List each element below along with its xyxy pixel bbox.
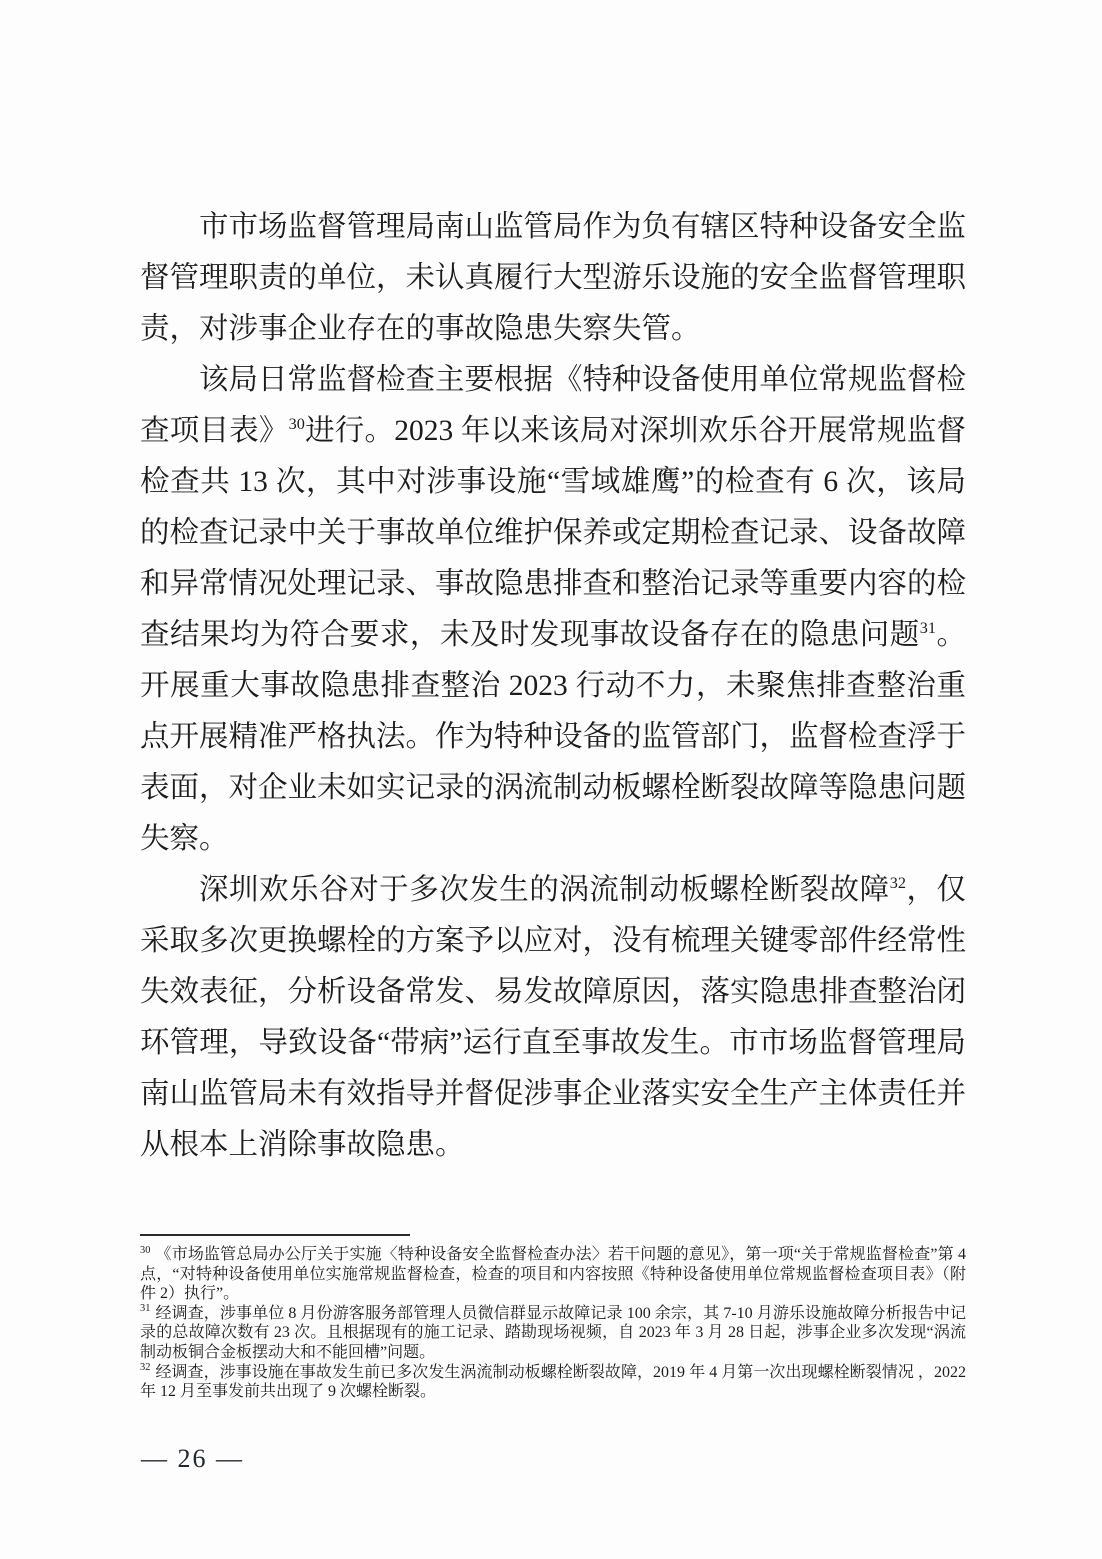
page-number: — 26 — [141, 1444, 244, 1474]
paragraph-text: 。开展重大事故隐患排查整治 2023 行动不力，未聚焦排查整治重点开展精准严格执… [140, 619, 966, 855]
footnote-32-marker: 32 [140, 1362, 150, 1373]
paragraph-bolt-failure: 深圳欢乐谷对于多次发生的涡流制动板螺栓断裂故障32，仅采取多次更换螺栓的方案予以… [140, 865, 966, 1171]
paragraph-text: ，仅采取多次更换螺栓的方案予以应对，没有梳理关键零部件经常性失效表征，分析设备常… [140, 874, 966, 1161]
footnote-ref-32: 32 [890, 874, 906, 892]
footnote-31-marker: 31 [140, 1303, 150, 1314]
footnotes-section: 30《市场监管总局办公厅关于实施〈特种设备安全监督检查办法〉若干问题的意见》，第… [140, 1234, 966, 1402]
document-body: 市市场监督管理局南山监管局作为负有辖区特种设备安全监督管理职责的单位，未认真履行… [140, 202, 966, 1171]
paragraph-text: 深圳欢乐谷对于多次发生的涡流制动板螺栓断裂故障 [199, 874, 890, 906]
footnote-30: 30《市场监管总局办公厅关于实施〈特种设备安全监督检查办法〉若干问题的意见》，第… [140, 1245, 966, 1304]
footnote-30-text: 《市场监管总局办公厅关于实施〈特种设备安全监督检查办法〉若干问题的意见》，第一项… [140, 1246, 966, 1302]
paragraph-text: 市市场监督管理局南山监管局作为负有辖区特种设备安全监督管理职责的单位，未认真履行… [140, 211, 966, 345]
paragraph-text: 进行。2023 年以来该局对深圳欢乐谷开展常规监督检查共 13 次，其中对涉事设… [140, 415, 966, 651]
document-page: 市市场监督管理局南山监管局作为负有辖区特种设备安全监督管理职责的单位，未认真履行… [0, 0, 1102, 1559]
footnote-31-text: 经调查，涉事单位 8 月份游客服务部管理人员微信群显示故障记录 100 余宗，其… [140, 1305, 966, 1361]
paragraph-inspection-record: 该局日常监督检查主要根据《特种设备使用单位常规监督检查项目表》30进行。2023… [140, 355, 966, 865]
footnote-ref-30: 30 [289, 415, 305, 433]
footnote-32-text: 经调查，涉事设施在事故发生前已多次发生涡流制动板螺栓断裂故障，2019 年 4 … [140, 1364, 966, 1401]
footnote-31: 31经调查，涉事单位 8 月份游客服务部管理人员微信群显示故障记录 100 余宗… [140, 1304, 966, 1363]
footnote-separator-line [140, 1234, 410, 1236]
footnote-32: 32经调查，涉事设施在事故发生前已多次发生涡流制动板螺栓断裂故障，2019 年 … [140, 1363, 966, 1402]
footnote-30-marker: 30 [140, 1245, 150, 1256]
paragraph-supervision-duty: 市市场监督管理局南山监管局作为负有辖区特种设备安全监督管理职责的单位，未认真履行… [140, 202, 966, 355]
footnote-ref-31: 31 [920, 619, 936, 637]
